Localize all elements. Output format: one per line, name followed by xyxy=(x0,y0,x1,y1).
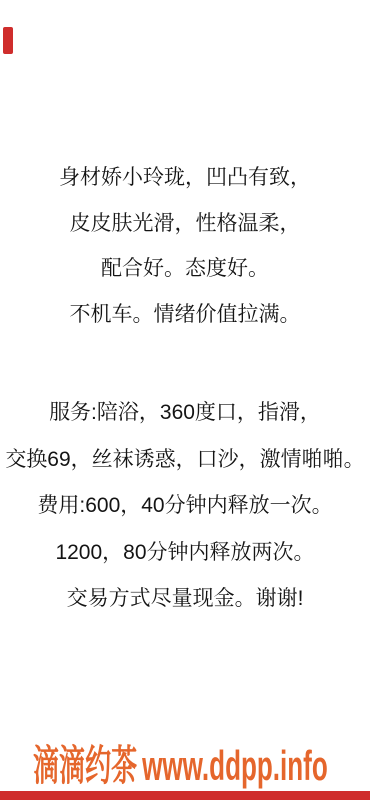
ad-body-text: 身材娇小玲珑，凹凸有致， 皮皮肤光滑，性格温柔， 配合好。态度好。 不机车。情绪… xyxy=(0,155,370,623)
watermark: 滴滴约茶www.ddpp.info xyxy=(33,741,328,791)
red-marker-top-left xyxy=(3,27,13,54)
ad-line: 配合好。态度好。 xyxy=(0,246,370,292)
red-bar-bottom xyxy=(0,791,370,800)
ad-line: 交换69，丝袜诱惑，口沙，激情啪啪。 xyxy=(0,437,370,484)
ad-line: 身材娇小玲珑，凹凸有致， xyxy=(0,155,370,201)
ad-line: 皮皮肤光滑，性格温柔， xyxy=(0,201,370,247)
brand-name: 滴滴约茶 xyxy=(33,742,137,789)
ad-line: 交易方式尽量现金。谢谢! xyxy=(0,576,370,623)
details-paragraph: 服务:陪浴，360度口，指滑， 交换69，丝袜诱惑，口沙，激情啪啪。 费用:60… xyxy=(0,390,370,623)
ad-line: 不机车。情绪价值拉满。 xyxy=(0,292,370,338)
ad-line: 服务:陪浴，360度口，指滑， xyxy=(0,390,370,437)
ad-line: 费用:600，40分钟内释放一次。 xyxy=(0,483,370,530)
ad-line: 1200，80分钟内释放两次。 xyxy=(0,530,370,577)
paragraph-spacer xyxy=(0,337,370,390)
intro-paragraph: 身材娇小玲珑，凹凸有致， 皮皮肤光滑，性格温柔， 配合好。态度好。 不机车。情绪… xyxy=(0,155,370,337)
site-url: www.ddpp.info xyxy=(142,742,328,789)
